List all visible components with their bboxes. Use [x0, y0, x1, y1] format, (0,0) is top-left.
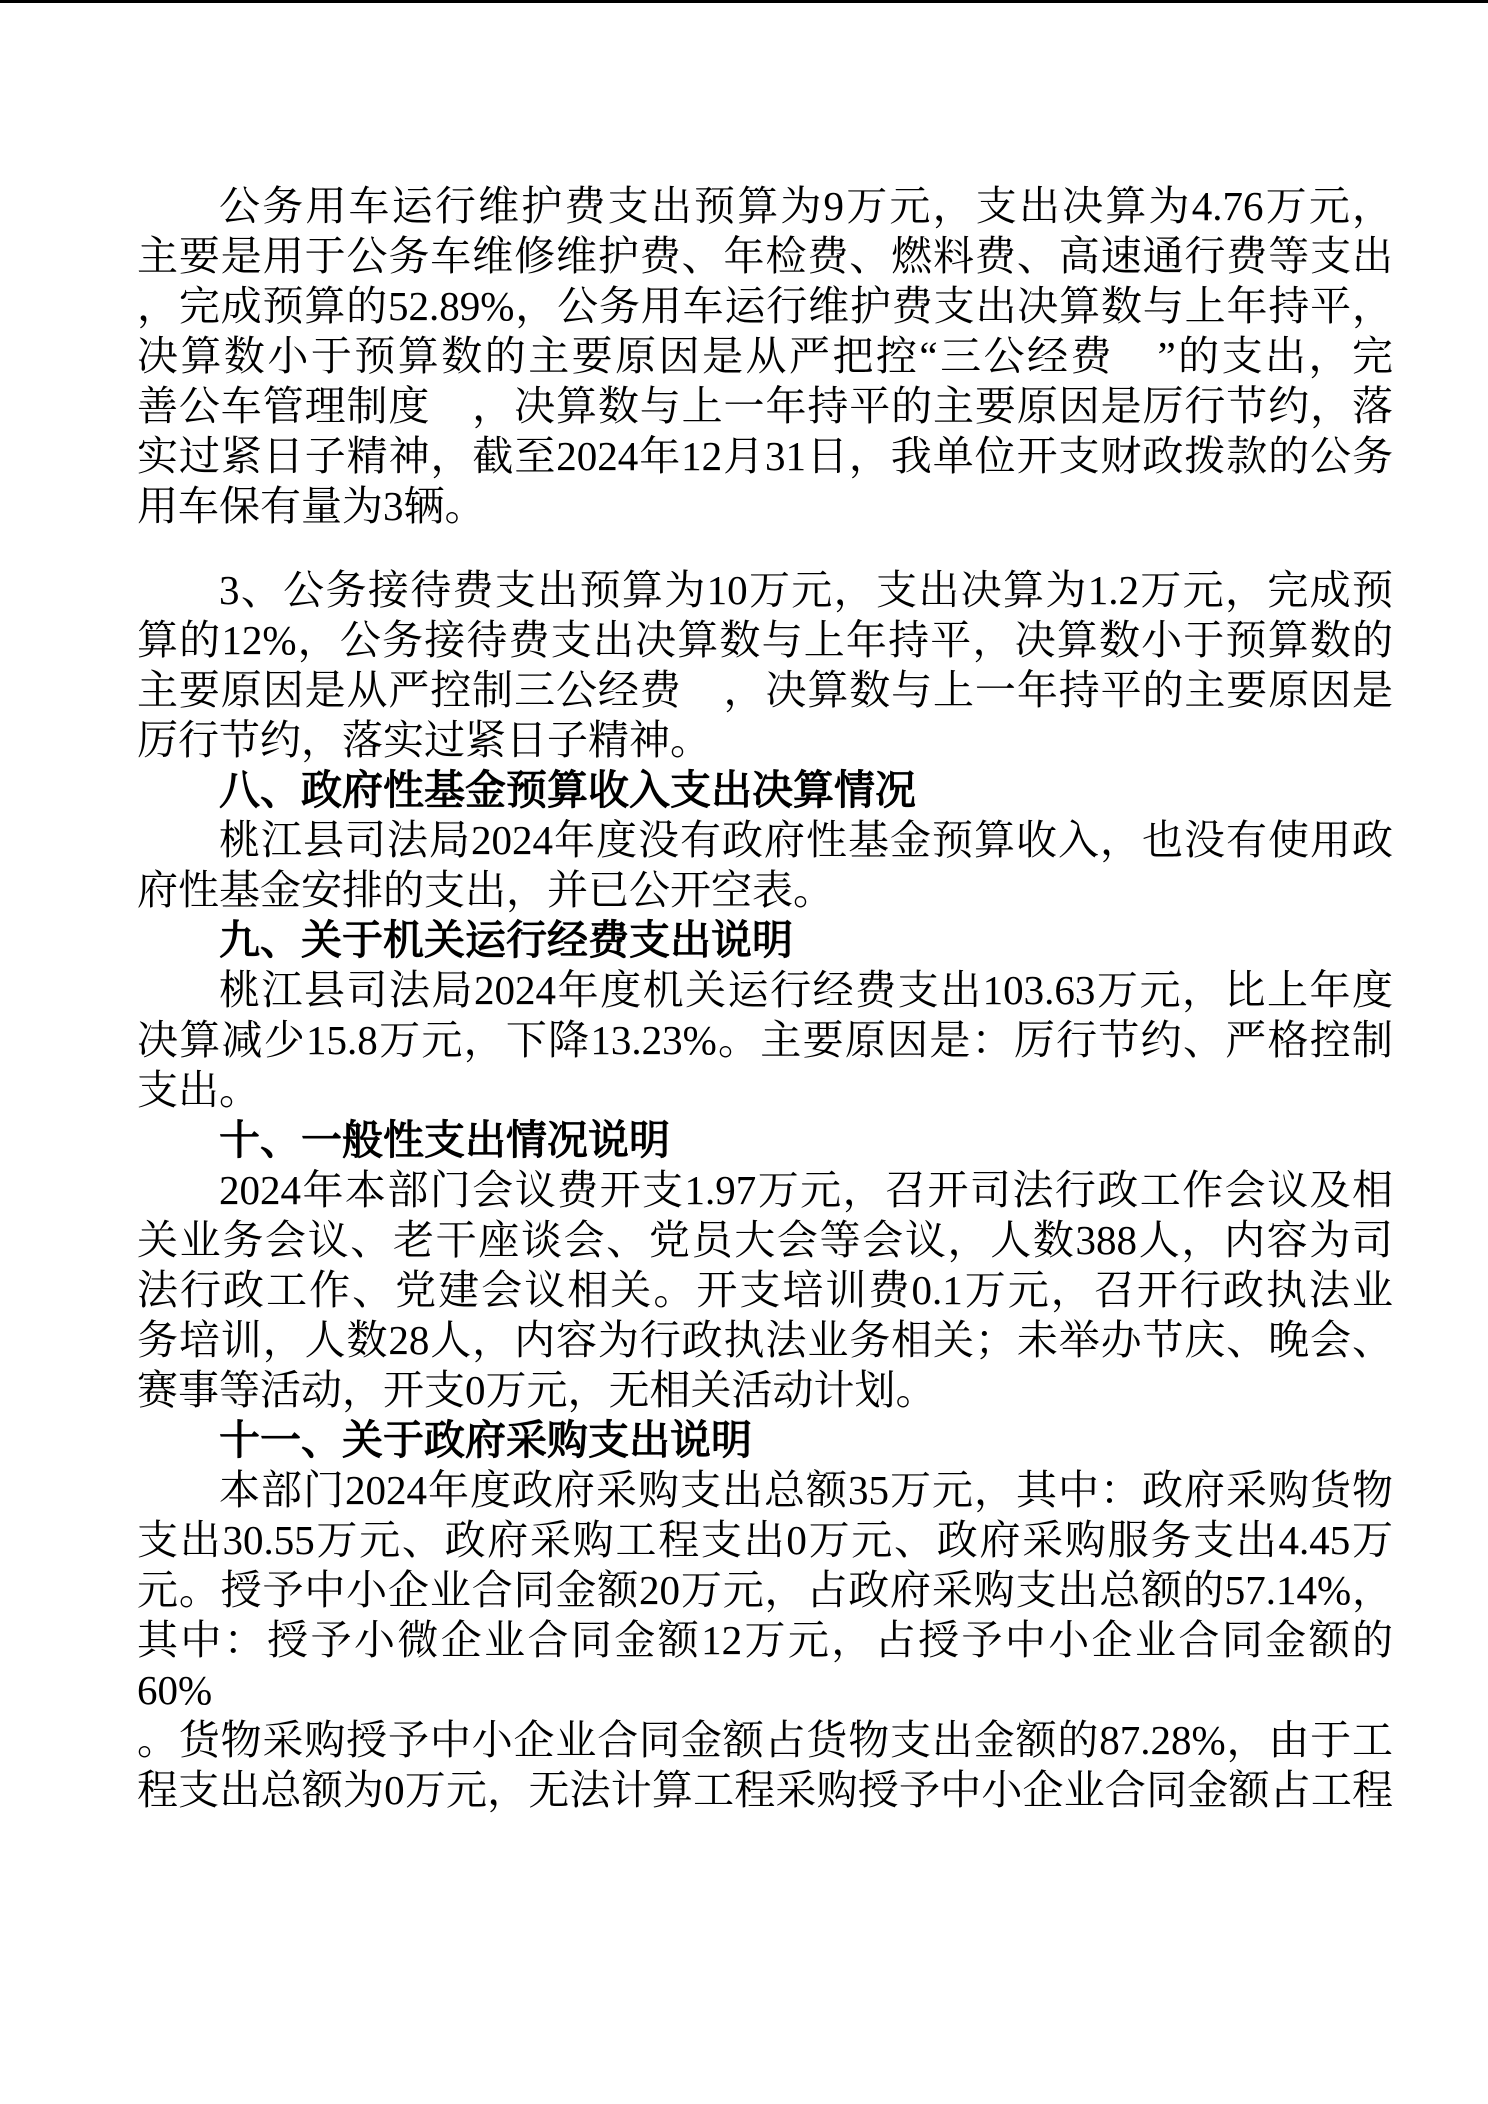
text-line: 主要原因是从严控制三公经费 ，决算数与上一年持平的主要原因是 — [137, 665, 1393, 715]
text-line: 法行政工作、党建会议相关。开支培训费0.1万元，召开行政执法业 — [137, 1265, 1393, 1315]
section-heading: 十、一般性支出情况说明 — [137, 1115, 1393, 1165]
text-line: 公务用车运行维护费支出预算为9万元，支出决算为4.76万元， — [137, 181, 1393, 231]
text-line: 善公车管理制度 ，决算数与上一年持平的主要原因是厉行节约，落 — [137, 381, 1393, 431]
text-line: 元。授予中小企业合同金额20万元，占政府采购支出总额的57.14%， — [137, 1565, 1393, 1615]
text-line: 主要是用于公务车维修维护费、年检费、燃料费、高速通行费等支出 — [137, 231, 1393, 281]
text-line: 2024年本部门会议费开支1.97万元，召开司法行政工作会议及相 — [137, 1165, 1393, 1215]
text-line: 3、公务接待费支出预算为10万元，支出决算为1.2万元，完成预 — [137, 565, 1393, 615]
section-heading: 九、关于机关运行经费支出说明 — [137, 915, 1393, 965]
text-line: 支出30.55万元、政府采购工程支出0万元、政府采购服务支出4.45万 — [137, 1515, 1393, 1565]
text-line: 其中：授予小微企业合同金额12万元，占授予中小企业合同金额的60% — [137, 1615, 1393, 1715]
text-line: 厉行节约，落实过紧日子精神。 — [137, 715, 1393, 765]
text-line: 关业务会议、老干座谈会、党员大会等会议，人数388人，内容为司 — [137, 1215, 1393, 1265]
text-line: 用车保有量为3辆。 — [137, 481, 1393, 531]
text-line: 算的12%，公务接待费支出决算数与上年持平，决算数小于预算数的 — [137, 615, 1393, 665]
document-body: 公务用车运行维护费支出预算为9万元，支出决算为4.76万元，主要是用于公务车维修… — [137, 181, 1393, 1815]
text-line: 决算减少15.8万元，下降13.23%。主要原因是：厉行节约、严格控制 — [137, 1015, 1393, 1065]
text-line: 程支出总额为0万元，无法计算工程采购授予中小企业合同金额占工程 — [137, 1765, 1393, 1815]
text-line: 赛事等活动，开支0万元，无相关活动计划。 — [137, 1365, 1393, 1415]
text-line: 务培训，人数28人，内容为行政执法业务相关；未举办节庆、晚会、 — [137, 1315, 1393, 1365]
text-line: 府性基金安排的支出，并已公开空表。 — [137, 865, 1393, 915]
text-line: 实过紧日子精神，截至2024年12月31日，我单位开支财政拨款的公务 — [137, 431, 1393, 481]
section-heading: 十一、关于政府采购支出说明 — [137, 1415, 1393, 1465]
page-top-edge — [0, 0, 1488, 3]
section-heading: 八、政府性基金预算收入支出决算情况 — [137, 765, 1393, 815]
text-line: ，完成预算的52.89%，公务用车运行维护费支出决算数与上年持平， — [137, 281, 1393, 331]
text-line: 桃江县司法局2024年度机关运行经费支出103.63万元，比上年度 — [137, 965, 1393, 1015]
text-line: 本部门2024年度政府采购支出总额35万元，其中：政府采购货物 — [137, 1465, 1393, 1515]
text-line: 支出。 — [137, 1065, 1393, 1115]
text-line: 桃江县司法局2024年度没有政府性基金预算收入，也没有使用政 — [137, 815, 1393, 865]
text-line: 。货物采购授予中小企业合同金额占货物支出金额的87.28%，由于工 — [137, 1715, 1393, 1765]
text-line: 决算数小于预算数的主要原因是从严把控“三公经费 ”的支出，完 — [137, 331, 1393, 381]
